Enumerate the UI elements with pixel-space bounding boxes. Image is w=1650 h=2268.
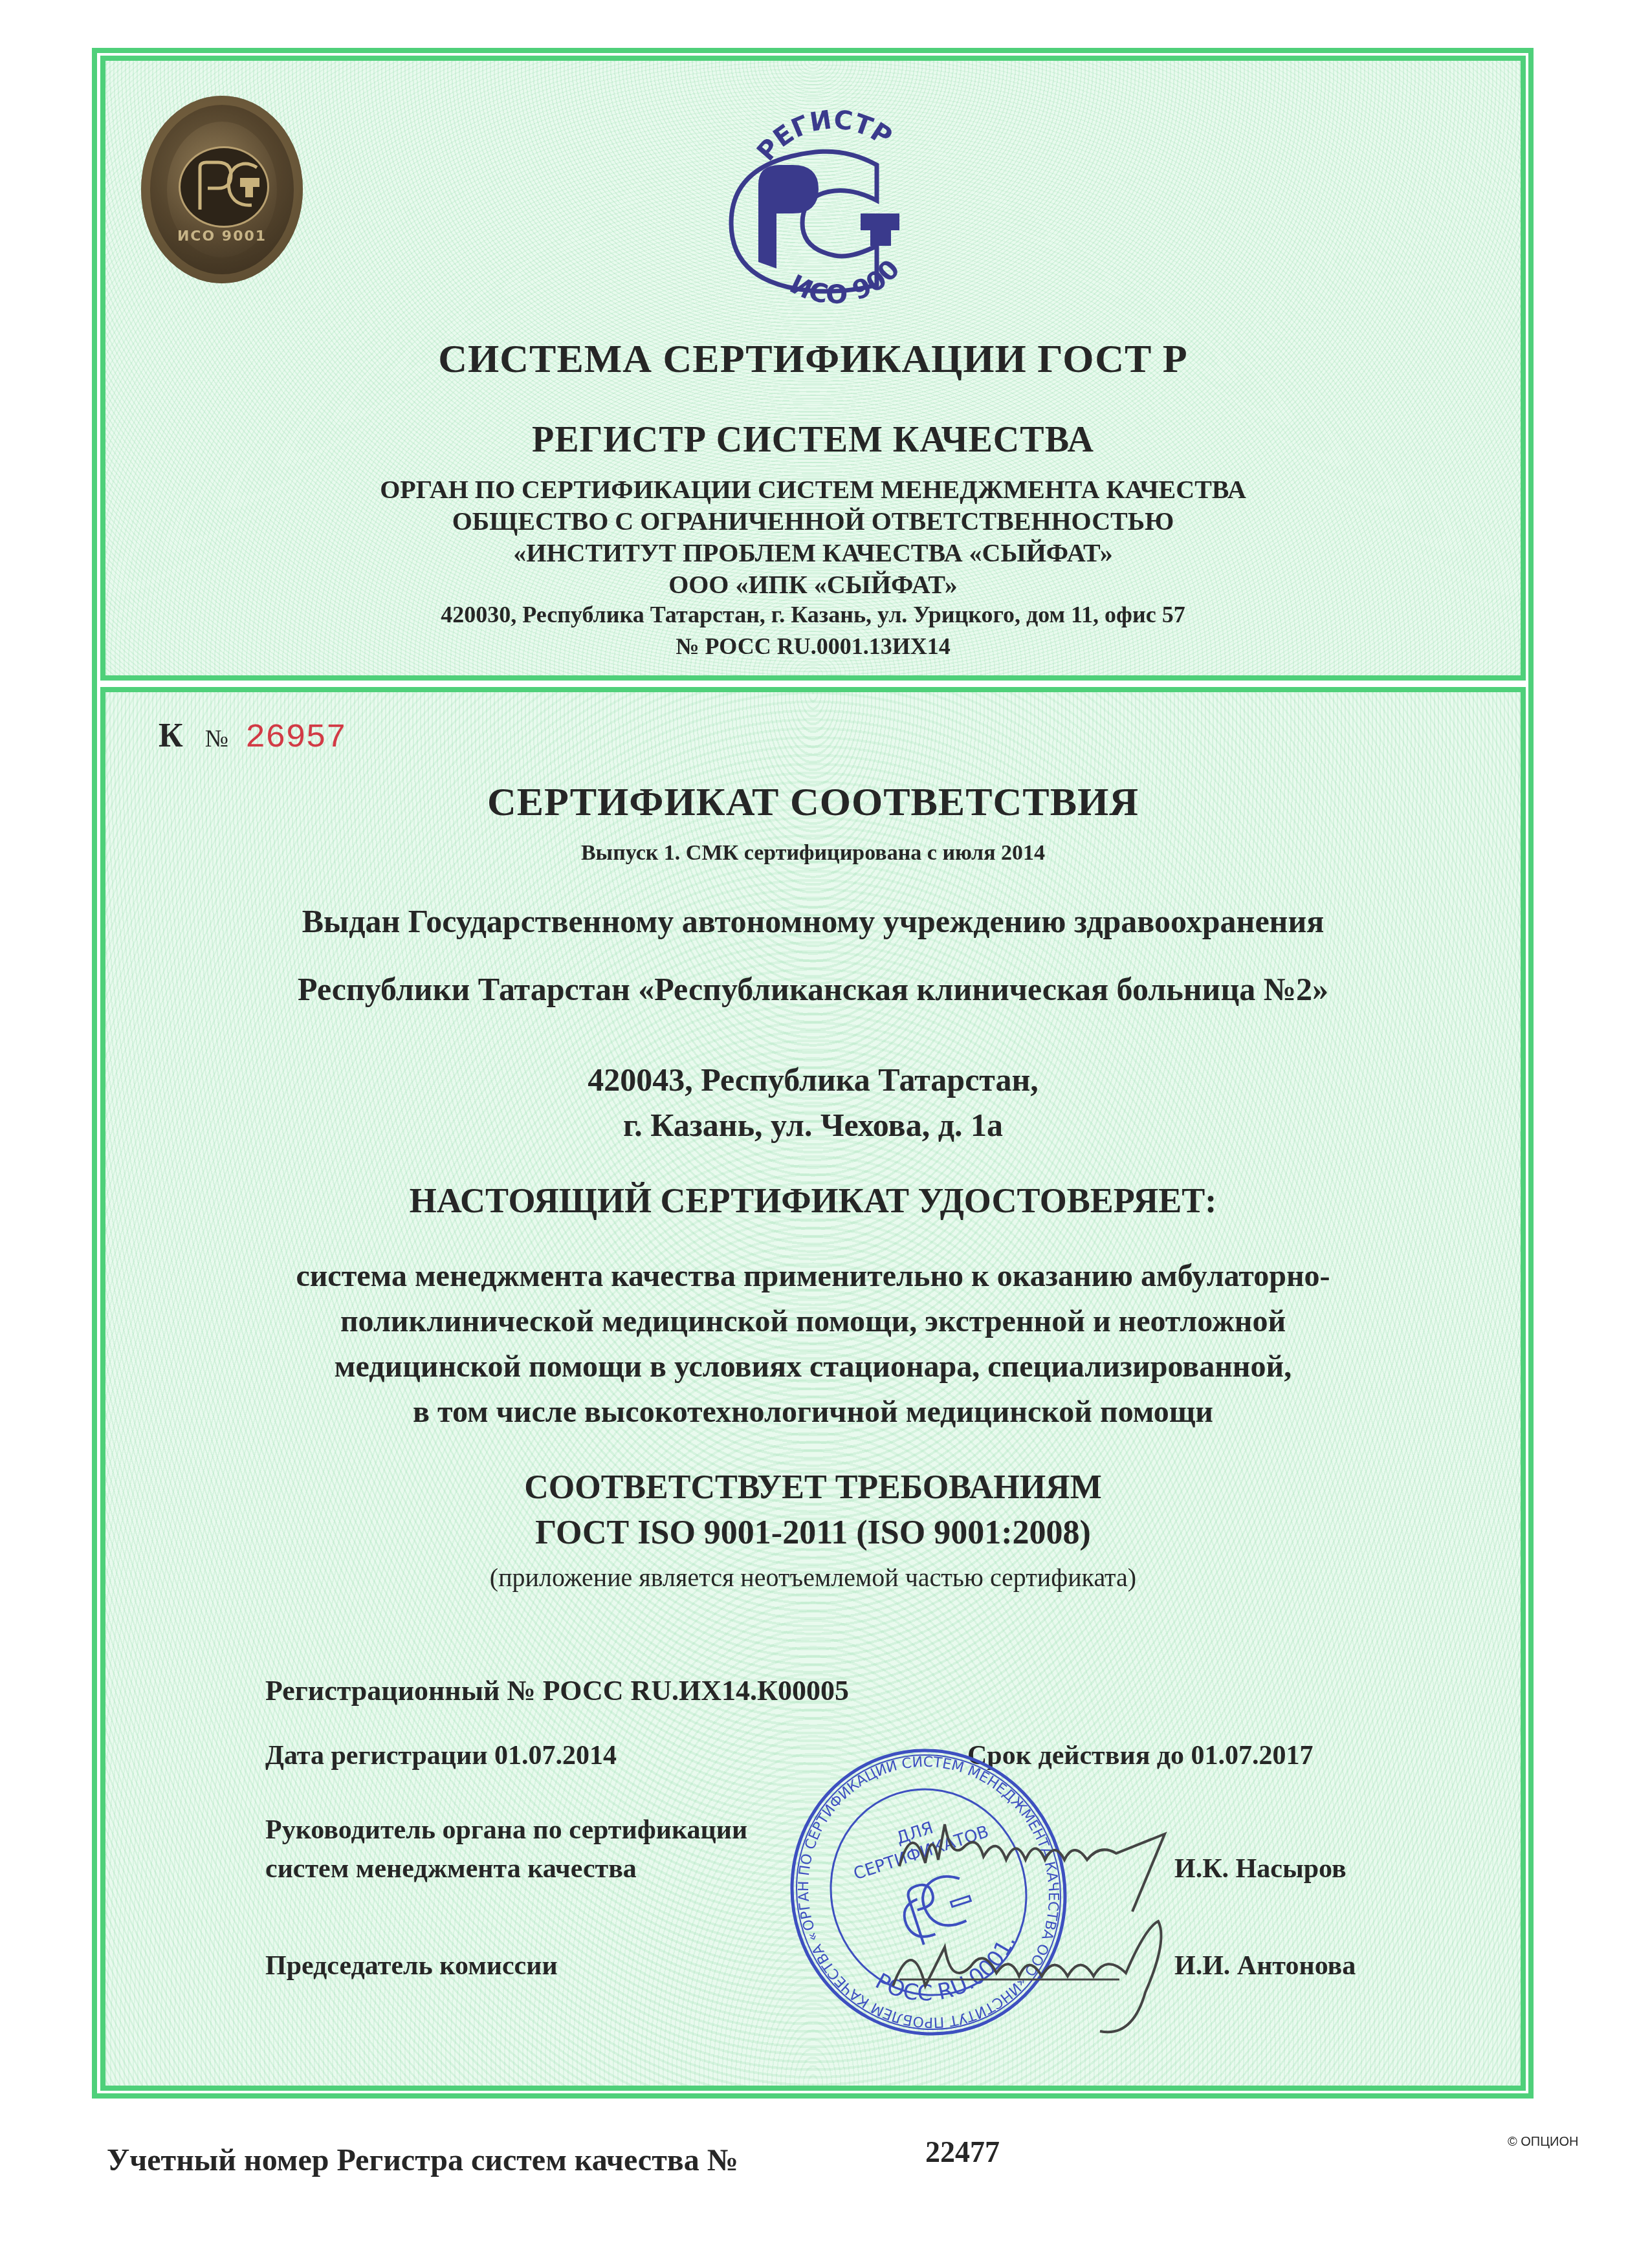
signatory-2-name: И.И. Антонова [1174, 1950, 1356, 1981]
certificate-title: СЕРТИФИКАТ СООТВЕТСТВИЯ [100, 780, 1526, 825]
hologram-medallion-icon: ИСО 9001 [141, 96, 303, 283]
copyright-mark: © ОПЦИОН [1508, 2135, 1578, 2150]
signatory-1-role-line-1: Руководитель органа по сертификации [265, 1815, 747, 1846]
issuer-accreditation-number: № РОСС RU.0001.13ИХ14 [100, 633, 1526, 660]
standard-designation: ГОСТ ISO 9001-2011 (ISO 9001:2008) [100, 1514, 1526, 1552]
appendix-note: (приложение является неотъемлемой частью… [100, 1562, 1526, 1593]
system-title: СИСТЕМА СЕРТИФИКАЦИИ ГОСТ Р [100, 336, 1526, 382]
complies-heading: СООТВЕТСТВУЕТ ТРЕБОВАНИЯМ [100, 1468, 1526, 1507]
scope-line-1: система менеджмента качества применитель… [100, 1258, 1526, 1294]
registry-account-label: Учетный номер Регистра систем качества № [107, 2143, 738, 2178]
org-line-1: ОРГАН ПО СЕРТИФИКАЦИИ СИСТЕМ МЕНЕДЖМЕНТА… [100, 474, 1526, 505]
blank-number-red: 26957 [245, 719, 346, 757]
certifies-heading: НАСТОЯЩИЙ СЕРТИФИКАТ УДОСТОВЕРЯЕТ: [100, 1181, 1526, 1221]
registration-date: Дата регистрации 01.07.2014 [265, 1740, 617, 1771]
holder-address-line-1: 420043, Республика Татарстан, [100, 1061, 1526, 1098]
rst-registr-logo-icon: РЕГИСТР ИСО 9001 [705, 104, 964, 311]
org-line-3: «ИНСТИТУТ ПРОБЛЕМ КАЧЕСТВА «СЫЙФАТ» [100, 538, 1526, 568]
certificate-blank-number: К № 26957 [159, 717, 346, 757]
scope-line-3: медицинской помощи в условиях стационара… [100, 1349, 1526, 1384]
org-line-4: ООО «ИПК «СЫЙФАТ» [100, 569, 1526, 600]
issuer-address: 420030, Республика Татарстан, г. Казань,… [100, 601, 1526, 628]
signature-2-icon [886, 1915, 1184, 2044]
medallion-rst-emblem [179, 146, 269, 228]
signatory-1-name: И.К. Насыров [1174, 1853, 1347, 1884]
registry-title: РЕГИСТР СИСТЕМ КАЧЕСТВА [100, 419, 1526, 461]
scope-line-2: поликлинической медицинской помощи, экст… [100, 1303, 1526, 1339]
signatory-2-role: Председатель комиссии [265, 1950, 558, 1981]
medallion-caption: ИСО 9001 [141, 228, 303, 245]
series-letter: К [159, 717, 183, 754]
logo-registr-text: РЕГИСТР [751, 105, 897, 167]
signatory-1-role-line-2: систем менеджмента качества [265, 1853, 637, 1884]
svg-text:РЕГИСТР: РЕГИСТР [751, 105, 897, 167]
org-line-2: ОБЩЕСТВО С ОГРАНИЧЕННОЙ ОТВЕТСТВЕННОСТЬЮ [100, 506, 1526, 536]
signature-1-icon [893, 1808, 1178, 1918]
holder-address-line-2: г. Казань, ул. Чехова, д. 1а [100, 1106, 1526, 1144]
issue-note: Выпуск 1. СМК сертифицирована с июля 201… [100, 841, 1526, 866]
number-sign: № [205, 725, 228, 752]
scope-line-4: в том числе высокотехнологичной медицинс… [100, 1394, 1526, 1430]
registry-account-number: 22477 [925, 2135, 1000, 2169]
registration-number: Регистрационный № РОСС RU.ИХ14.К00005 [265, 1674, 849, 1707]
issued-to-line-1: Выдан Государственному автономному учреж… [100, 902, 1526, 940]
issued-to-line-2: Республики Татарстан «Республиканская кл… [100, 970, 1526, 1008]
